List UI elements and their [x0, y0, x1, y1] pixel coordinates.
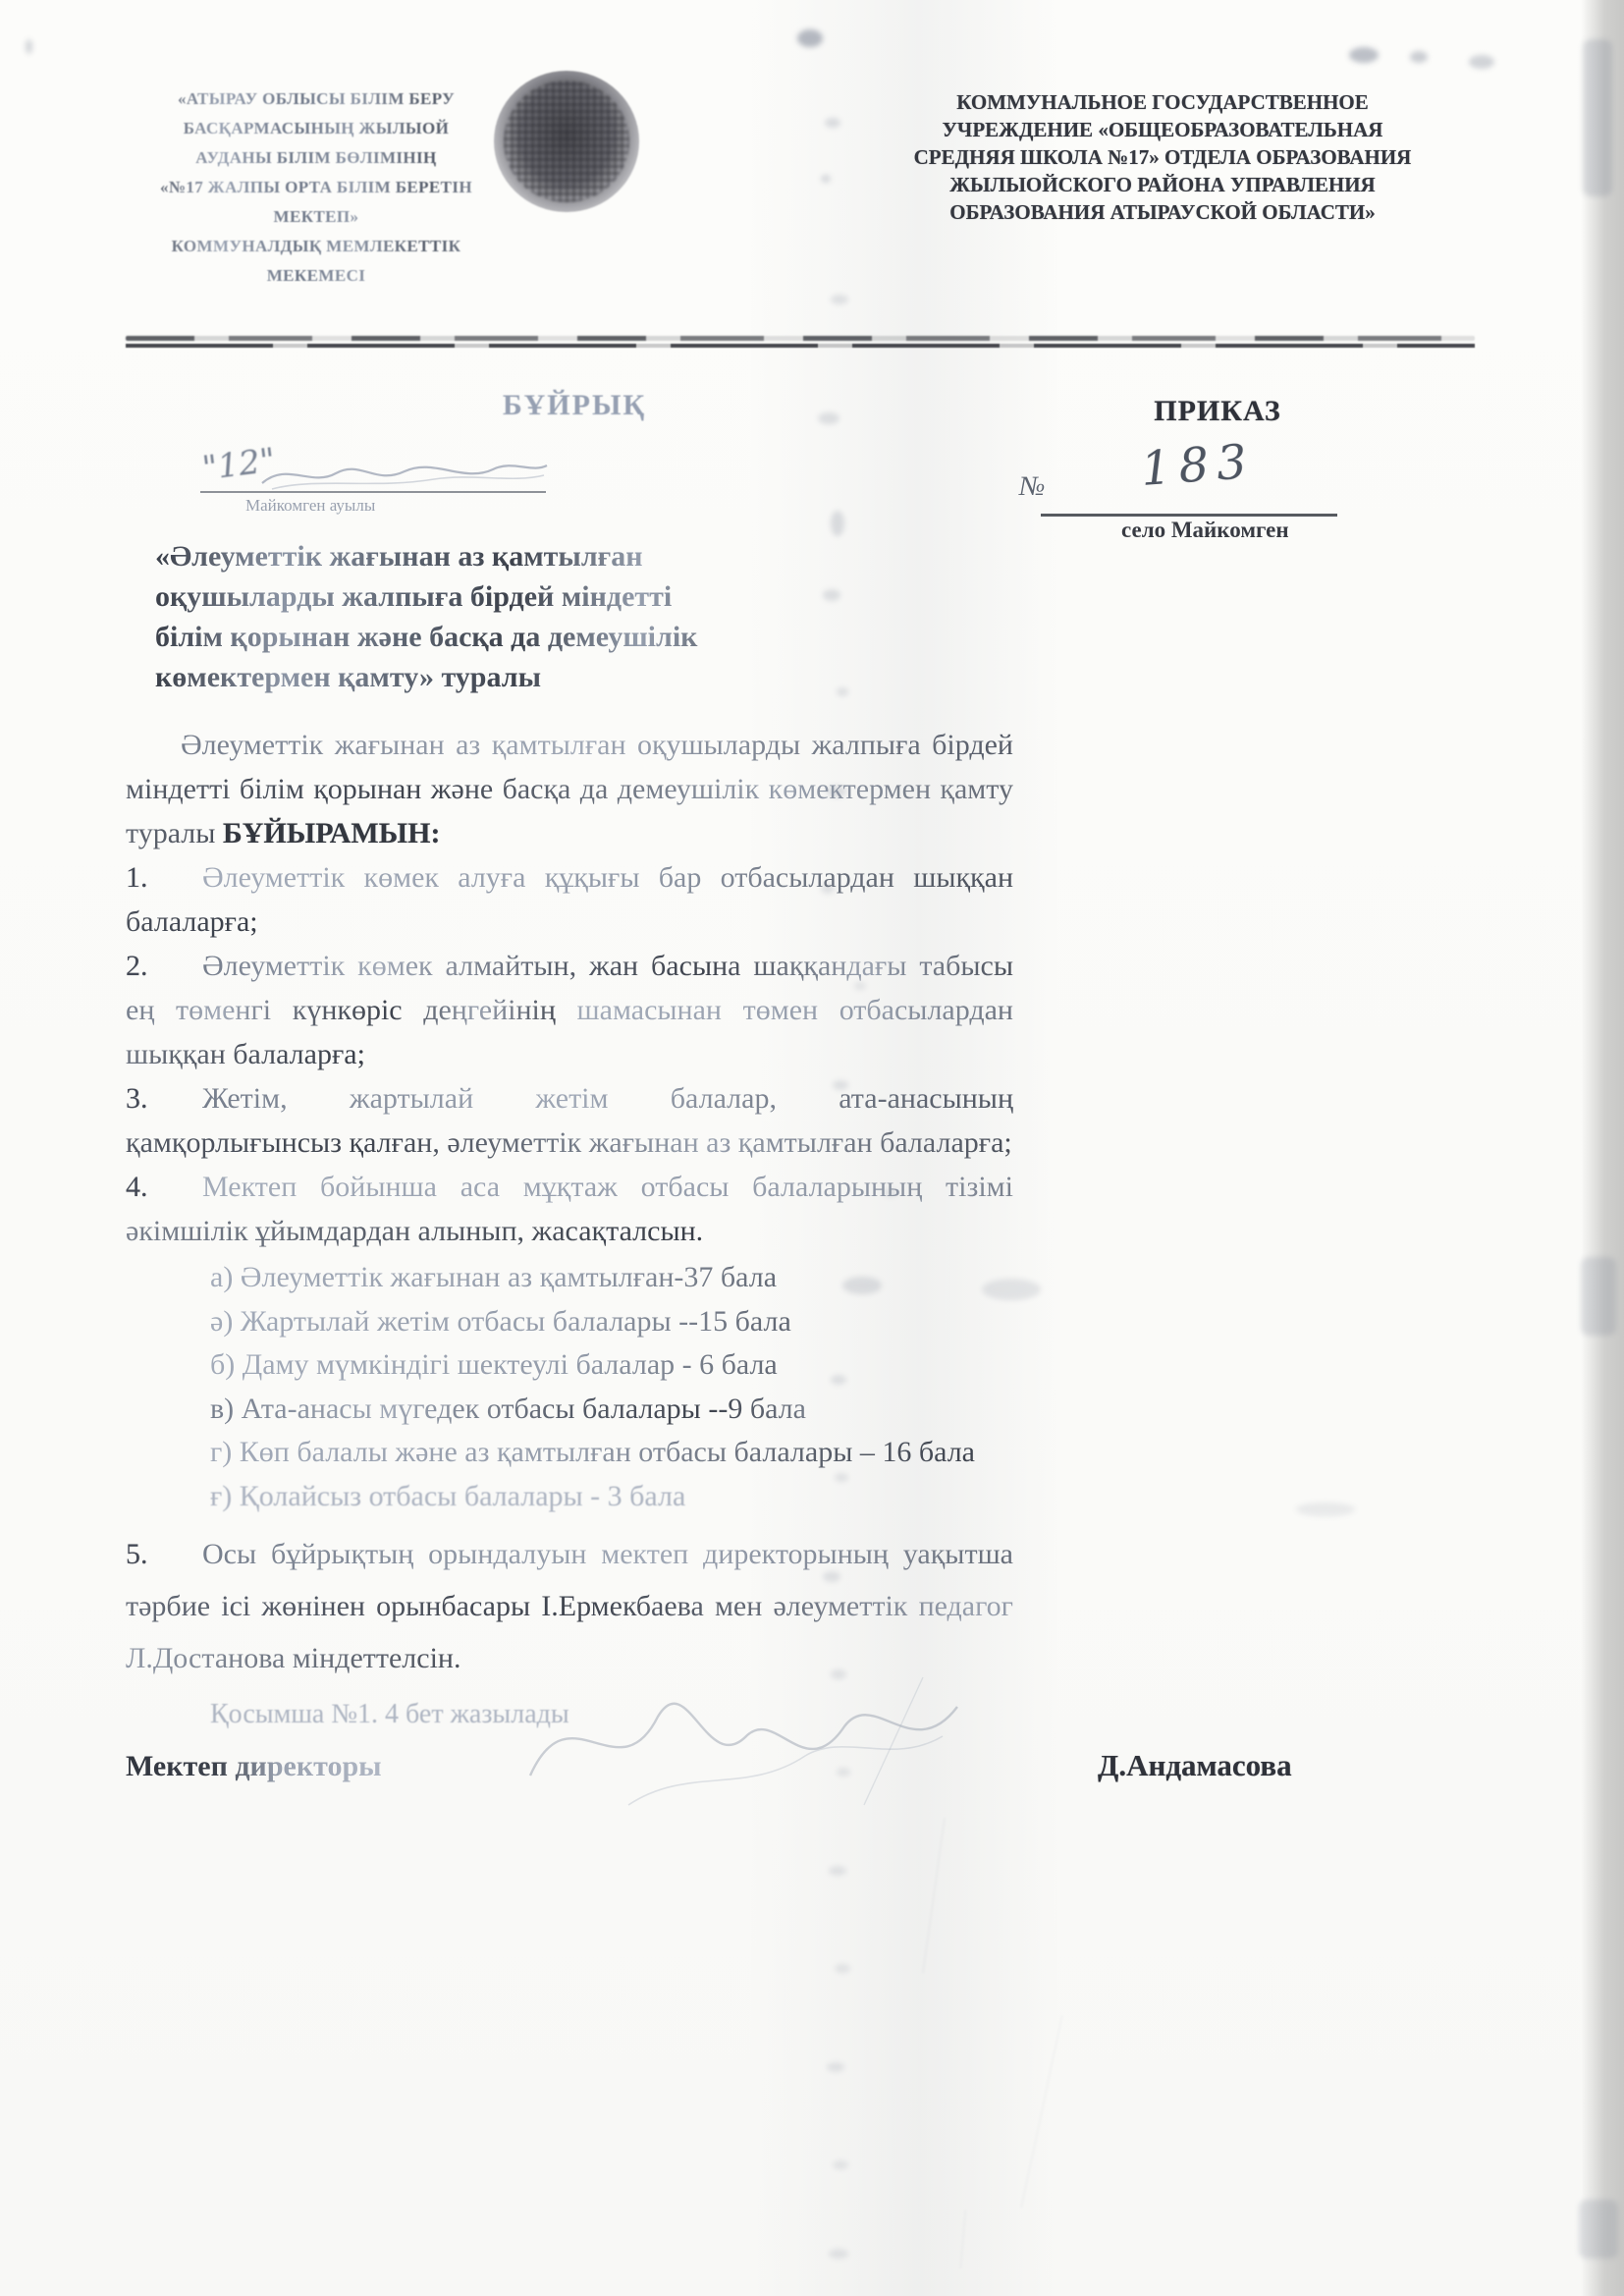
divider-line-top: [126, 336, 1475, 341]
command-word: БҰЙЫРАМЫН:: [223, 817, 441, 849]
order-number-place: село Майкомген: [1121, 518, 1289, 543]
underlined-phrase: ең төменгі күнкөріс деңгейінің: [126, 994, 556, 1026]
signature-scrawl: [511, 1658, 972, 1825]
scan-artifact: [833, 2160, 848, 2169]
scan-artifact: [835, 1964, 850, 1973]
intro-paragraph: Әлеуметтік жағынан аз қамтылған оқушылар…: [126, 723, 1013, 855]
school-seal-stamp: [494, 71, 639, 212]
sub-item: а) Әлеуметтік жағынан аз қамтылған-37 ба…: [210, 1256, 1013, 1300]
letterhead-line: УЧРЕЖДЕНИЕ «ОБЩЕОБРАЗОВАТЕЛЬНАЯ: [877, 116, 1448, 143]
order-heading-russian: ПРИКАЗ: [1119, 395, 1316, 428]
scan-artifact: [831, 511, 844, 536]
item-number: 5.: [126, 1528, 202, 1580]
sub-item-list: а) Әлеуметтік жағынан аз қамтылған-37 ба…: [210, 1256, 1013, 1518]
order-number-label: №: [1019, 471, 1045, 503]
sub-item: в) Ата-анасы мүгедек отбасы балалары --9…: [210, 1388, 1013, 1432]
letterhead-kazakh: «АТЫРАУ ОБЛЫСЫ БІЛІМ БЕРУ БАСҚАРМАСЫНЫҢ …: [126, 84, 507, 291]
scan-artifact: [829, 2249, 848, 2259]
letterhead-line: СРЕДНЯЯ ШКОЛА №17» ОТДЕЛА ОБРАЗОВАНИЯ: [877, 143, 1448, 171]
handwriting-scrawl: [257, 444, 552, 497]
scan-artifact: [821, 175, 831, 183]
signature-name: Д.Андамасова: [1098, 1748, 1292, 1783]
letterhead-line: БАСҚАРМАСЫНЫҢ ЖЫЛЫОЙ: [126, 114, 507, 143]
subject-line: білім қорынан және басқа да демеушілік: [155, 617, 803, 657]
scan-artifact: [1469, 55, 1494, 69]
letterhead-line: КОММУНАЛЬНОЕ ГОСУДАРСТВЕННОЕ: [877, 88, 1448, 116]
scan-artifact: [1296, 1503, 1355, 1516]
subject-line: оқушыларды жалпыға бірдей міндетті: [155, 576, 803, 617]
item-number: 2.: [126, 944, 202, 988]
letterhead-russian: КОММУНАЛЬНОЕ ГОСУДАРСТВЕННОЕ УЧРЕЖДЕНИЕ …: [877, 88, 1448, 226]
letterhead-line: «АТЫРАУ ОБЛЫСЫ БІЛІМ БЕРУ: [126, 84, 507, 114]
sub-item: б) Даму мүмкіндігі шектеулі балалар - 6 …: [210, 1343, 1013, 1388]
scan-artifact: [827, 2062, 844, 2072]
letterhead-line: АУДАНЫ БІЛІМ БӨЛІМІНІҢ: [126, 143, 507, 173]
sub-item: ә) Жартылай жетім отбасы балалары --15 б…: [210, 1300, 1013, 1344]
scan-artifact: [823, 589, 840, 601]
order-item-2: 2.Әлеуметтік көмек алмайтын, жан басына …: [126, 944, 1013, 1076]
order-item-4: 4.Мектеп бойынша аса мұқтаж отбасы балал…: [126, 1165, 1013, 1253]
sub-item: ғ) Қолайсыз отбасы балалары - 3 бала: [210, 1475, 1013, 1519]
item-text: Осы бұйрықтың орындалуын мектеп директор…: [126, 1538, 1013, 1674]
date-underline: [200, 491, 546, 493]
signature-label: Мектеп директоры: [126, 1750, 382, 1783]
scan-artifact: [797, 29, 823, 47]
scan-artifact: [26, 39, 32, 54]
divider-rule: [126, 336, 1475, 348]
order-number-value: 183: [1139, 434, 1256, 497]
subject-block: «Әлеуметтік жағынан аз қамтылған оқушыла…: [155, 536, 803, 697]
item-number: 3.: [126, 1076, 202, 1121]
item-text: Мектеп бойынша аса мұқтаж отбасы балалар…: [126, 1171, 1013, 1247]
order-item-3: 3.Жетім, жартылай жетім балалар, ата-ана…: [126, 1076, 1013, 1165]
subject-line: «Әлеуметтік жағынан аз қамтылған: [155, 536, 803, 576]
scan-artifact: [837, 687, 848, 696]
item-text: Әлеуметтік көмек алмайтын, жан басына ша…: [202, 950, 1013, 982]
order-body: Әлеуметтік жағынан аз қамтылған оқушылар…: [126, 723, 1013, 1736]
scan-artifact: [1581, 1257, 1616, 1336]
item-number: 4.: [126, 1165, 202, 1209]
number-underline: [1041, 514, 1337, 517]
divider-line-bottom: [126, 344, 1475, 348]
scan-artifact: [1410, 51, 1428, 63]
item-text: Жетім, жартылай жетім балалар, ата-анасы…: [126, 1082, 1013, 1159]
item-number: 1.: [126, 855, 202, 900]
scan-edge-band: [1581, 0, 1624, 2296]
scan-artifact: [829, 1866, 846, 1876]
sub-item: г) Көп балалы және аз қамтылған отбасы б…: [210, 1431, 1013, 1475]
letterhead-line: КОММУНАЛДЫҚ МЕМЛЕКЕТТІК МЕКЕМЕСІ: [126, 232, 507, 291]
document-page: «АТЫРАУ ОБЛЫСЫ БІЛІМ БЕРУ БАСҚАРМАСЫНЫҢ …: [0, 0, 1624, 2296]
scan-artifact: [1583, 39, 1612, 196]
scan-artifact: [1579, 2200, 1618, 2259]
item-text: Әлеуметтік көмек алуға құқығы бар отбасы…: [126, 861, 1013, 938]
letterhead-line: «№17 ЖАЛПЫ ОРТА БІЛІМ БЕРЕТІН МЕКТЕП»: [126, 173, 507, 232]
scan-artifact: [825, 118, 840, 128]
subject-line: көмектермен қамту» туралы: [155, 657, 803, 697]
scan-artifact: [818, 412, 839, 424]
letterhead-line: ОБРАЗОВАНИЯ АТЫРАУСКОЙ ОБЛАСТИ»: [877, 198, 1448, 226]
letterhead-line: ЖЫЛЫОЙСКОГО РАЙОНА УПРАВЛЕНИЯ: [877, 171, 1448, 198]
order-item-1: 1.Әлеуметтік көмек алуға құқығы бар отба…: [126, 855, 1013, 944]
scan-artifact: [831, 295, 848, 304]
scan-artifact: [1349, 47, 1379, 63]
order-date-place: Майкомген ауылы: [245, 496, 375, 516]
order-heading-kazakh: БҰЙРЫҚ: [461, 389, 687, 422]
